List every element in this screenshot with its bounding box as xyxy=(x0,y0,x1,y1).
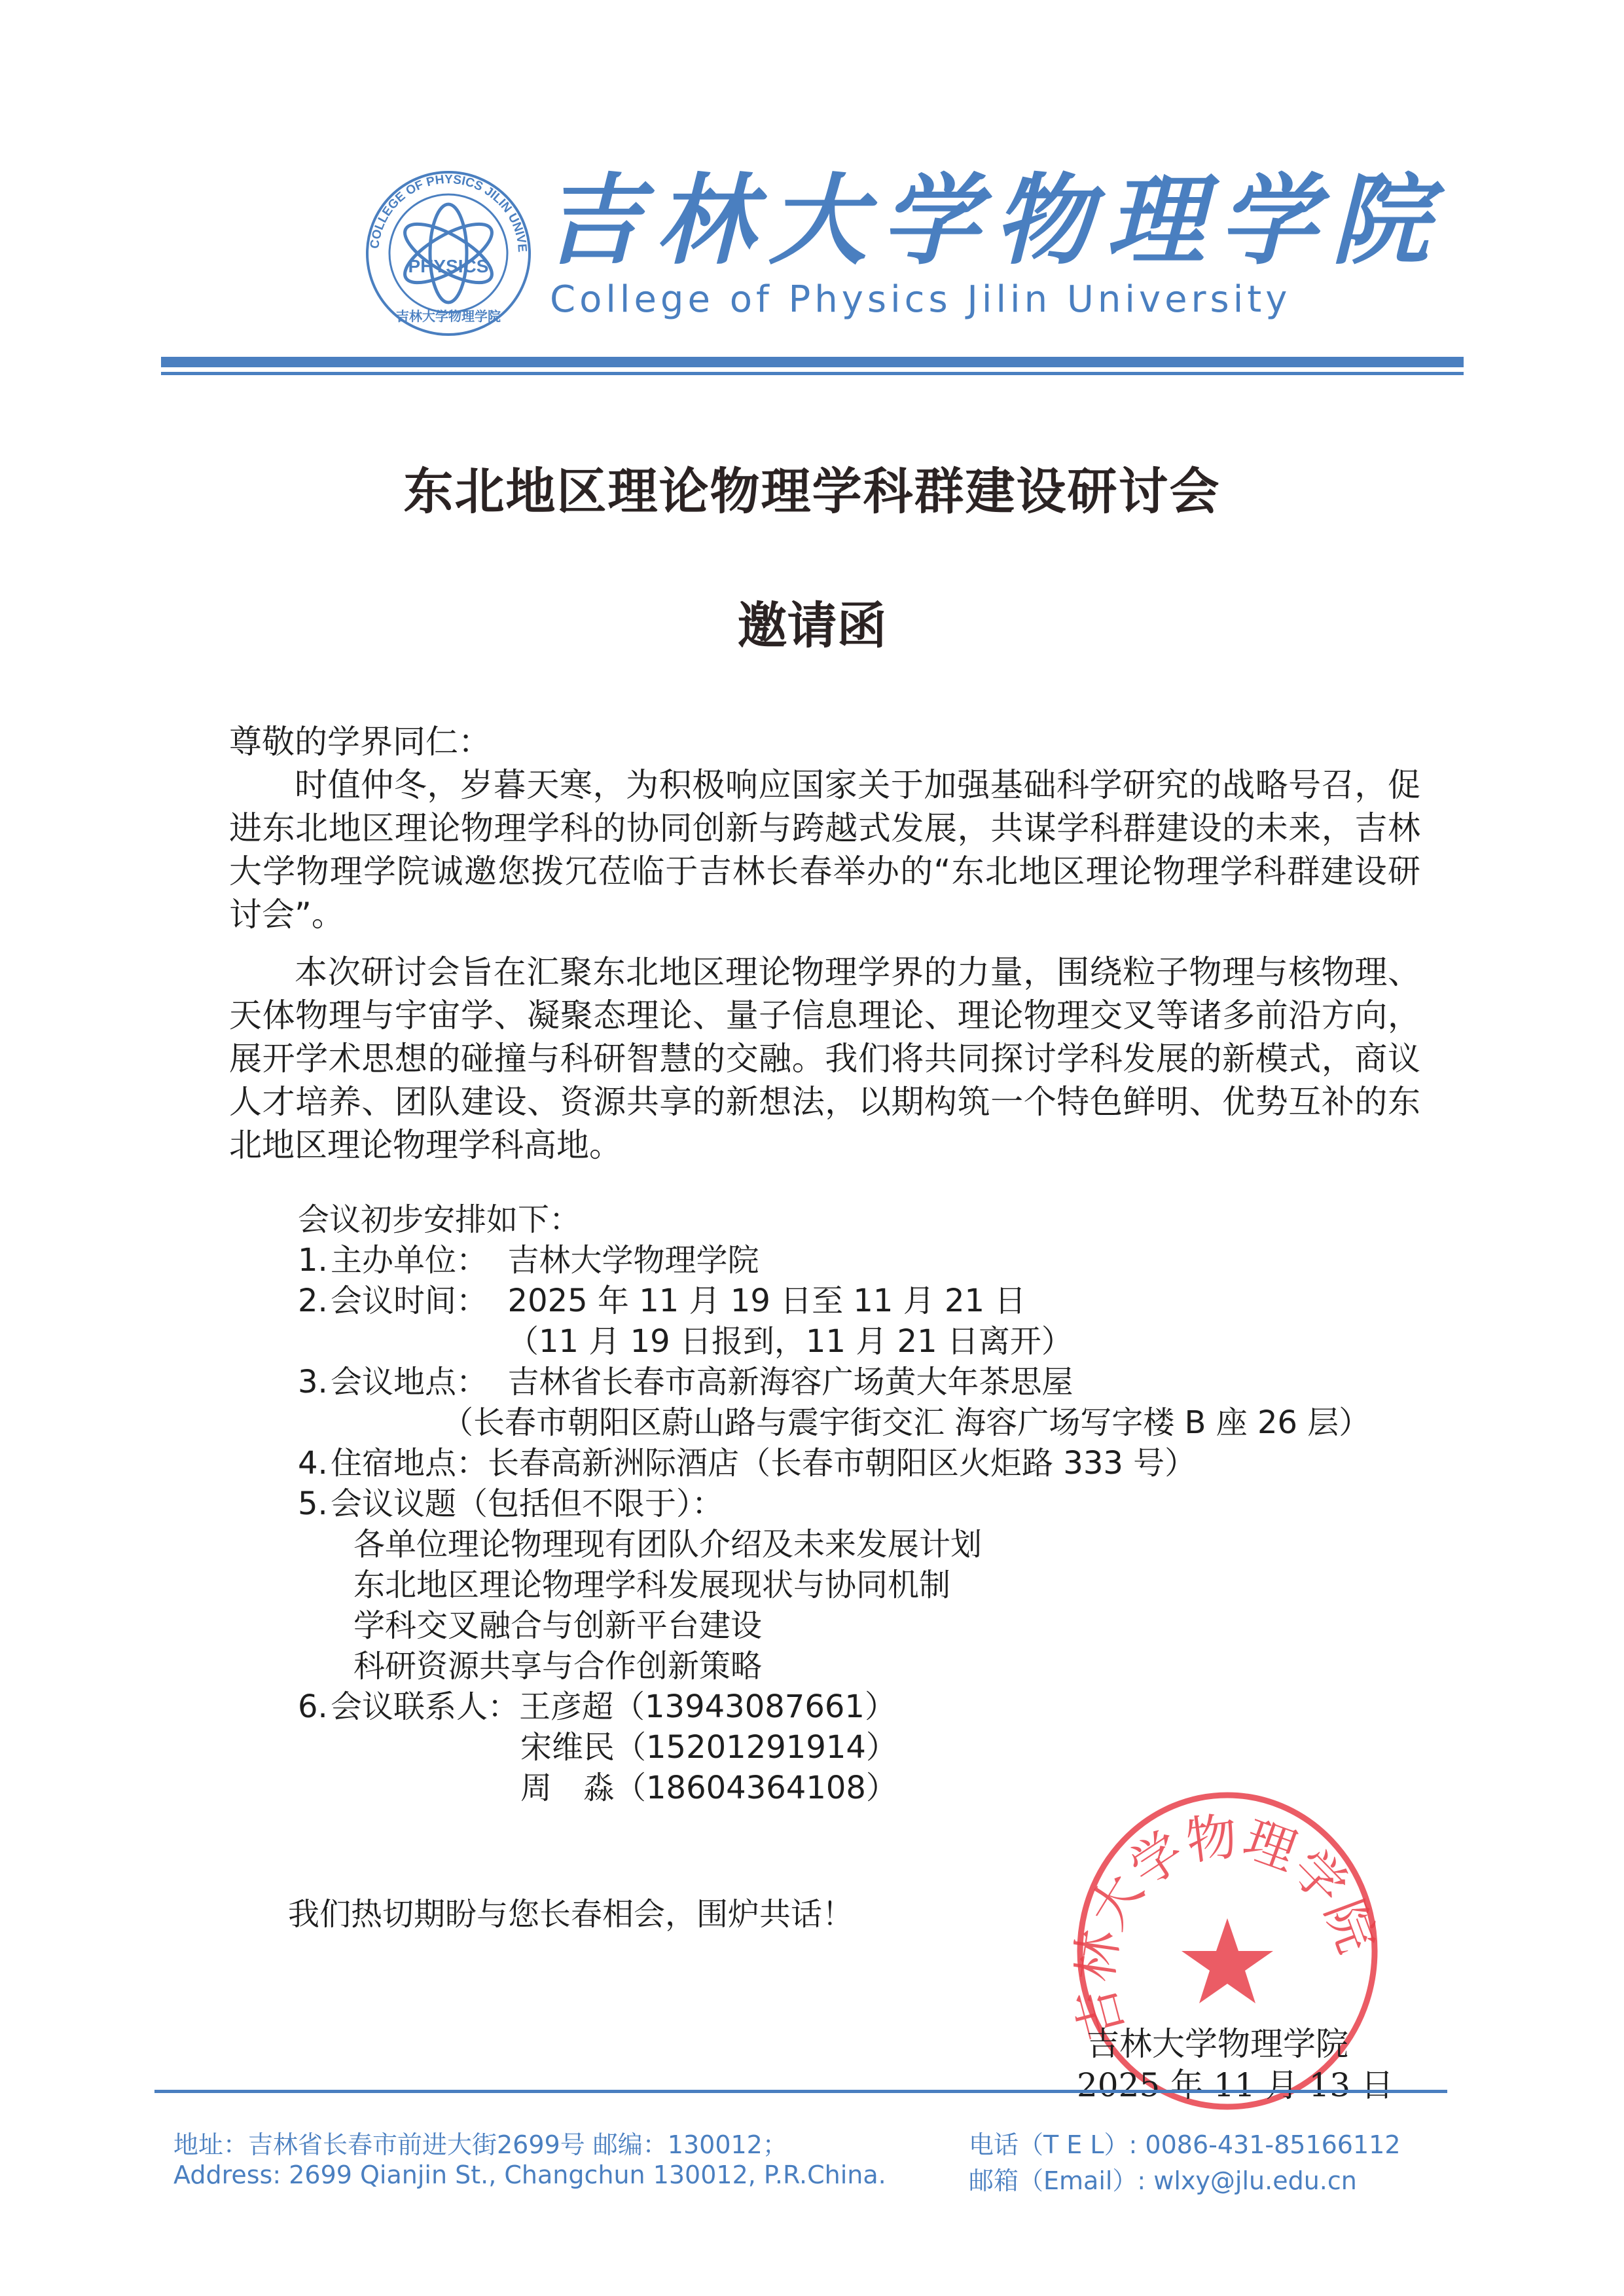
svg-text:PHYSICS: PHYSICS xyxy=(408,256,489,276)
college-name-en: College of Physics Jilin University xyxy=(550,278,1291,321)
topic-item: 学科交叉融合与创新平台建设 xyxy=(298,1605,1370,1646)
header-divider xyxy=(161,357,1464,367)
star-icon xyxy=(1182,1918,1273,2003)
college-name-cn: 吉林大学物理学院 xyxy=(543,172,1444,270)
document-title: 东北地区理论物理学科群建设研讨会 xyxy=(0,452,1624,523)
agenda-time-note: （11 月 19 日报到，11 月 21 日离开） xyxy=(298,1321,1370,1362)
agenda-item-contacts: 6.会议联系人：王彦超（13943087661） xyxy=(298,1686,1370,1727)
document-subtitle: 邀请函 xyxy=(0,586,1624,657)
agenda-item-hotel: 4.住宿地点：长春高新洲际酒店（长春市朝阳区火炬路 333 号） xyxy=(298,1443,1370,1484)
college-logo: COLLEGE OF PHYSICS JILIN UNIVERSITY PHYS… xyxy=(364,169,533,338)
agenda-item-venue: 3.会议地点： 吉林省长春市高新海容广场黄大年茶思屋 xyxy=(298,1362,1370,1402)
closing-line: 我们热切期盼与您长春相会，围炉共话！ xyxy=(288,1889,854,1934)
atom-emblem-icon: COLLEGE OF PHYSICS JILIN UNIVERSITY PHYS… xyxy=(364,169,533,338)
topic-item: 东北地区理论物理学科发展现状与协同机制 xyxy=(298,1565,1370,1605)
paragraph-1: 时值仲冬，岁暮天寒，为积极响应国家关于加强基础科学研究的战略号召，促进东北地区理… xyxy=(229,763,1420,936)
topic-item: 科研资源共享与合作创新策略 xyxy=(298,1646,1370,1686)
agenda-venue-note: （长春市朝阳区蔚山路与震宇街交汇 海容广场写字楼 B 座 26 层） xyxy=(298,1402,1370,1443)
agenda-intro: 会议初步安排如下： xyxy=(298,1199,1370,1240)
header-divider-thin xyxy=(161,372,1464,375)
salutation: 尊敬的学界同仁： xyxy=(229,720,1420,763)
signature-date: 2025 年 11 月 13 日 xyxy=(1077,2059,1394,2106)
footer-tel: 电话（T E L）: 0086-431-85166112 xyxy=(969,2124,1401,2160)
paragraph-2: 本次研讨会旨在汇聚东北地区理论物理学界的力量，围绕粒子物理与核物理、天体物理与宇… xyxy=(229,951,1420,1167)
footer-address-en: Address: 2699 Qianjin St., Changchun 130… xyxy=(173,2160,886,2189)
svg-text:COLLEGE OF PHYSICS JILIN UNIVE: COLLEGE OF PHYSICS JILIN UNIVERSITY xyxy=(364,169,529,253)
footer-address-cn: 地址：吉林省长春市前进大街2699号 邮编：130012； xyxy=(173,2124,787,2160)
footer-divider xyxy=(154,2090,1447,2093)
contact-item: 宋维民（15201291914） xyxy=(298,1727,1370,1768)
topic-item: 各单位理论物理现有团队介绍及未来发展计划 xyxy=(298,1524,1370,1565)
agenda-item-time: 2.会议时间： 2025 年 11 月 19 日至 11 月 21 日 xyxy=(298,1281,1370,1321)
footer-email[interactable]: 邮箱（Email）: wlxy@jlu.edu.cn xyxy=(969,2160,1357,2196)
agenda-item-organizer: 1.主办单位： 吉林大学物理学院 xyxy=(298,1240,1370,1281)
agenda-item-topics: 5.会议议题（包括但不限于）： xyxy=(298,1484,1370,1524)
agenda-list: 会议初步安排如下： 1.主办单位： 吉林大学物理学院 2.会议时间： 2025 … xyxy=(298,1199,1370,1808)
signature-org: 吉林大学物理学院 xyxy=(1087,2018,1348,2065)
svg-text:吉林大学物理学院: 吉林大学物理学院 xyxy=(396,308,501,324)
